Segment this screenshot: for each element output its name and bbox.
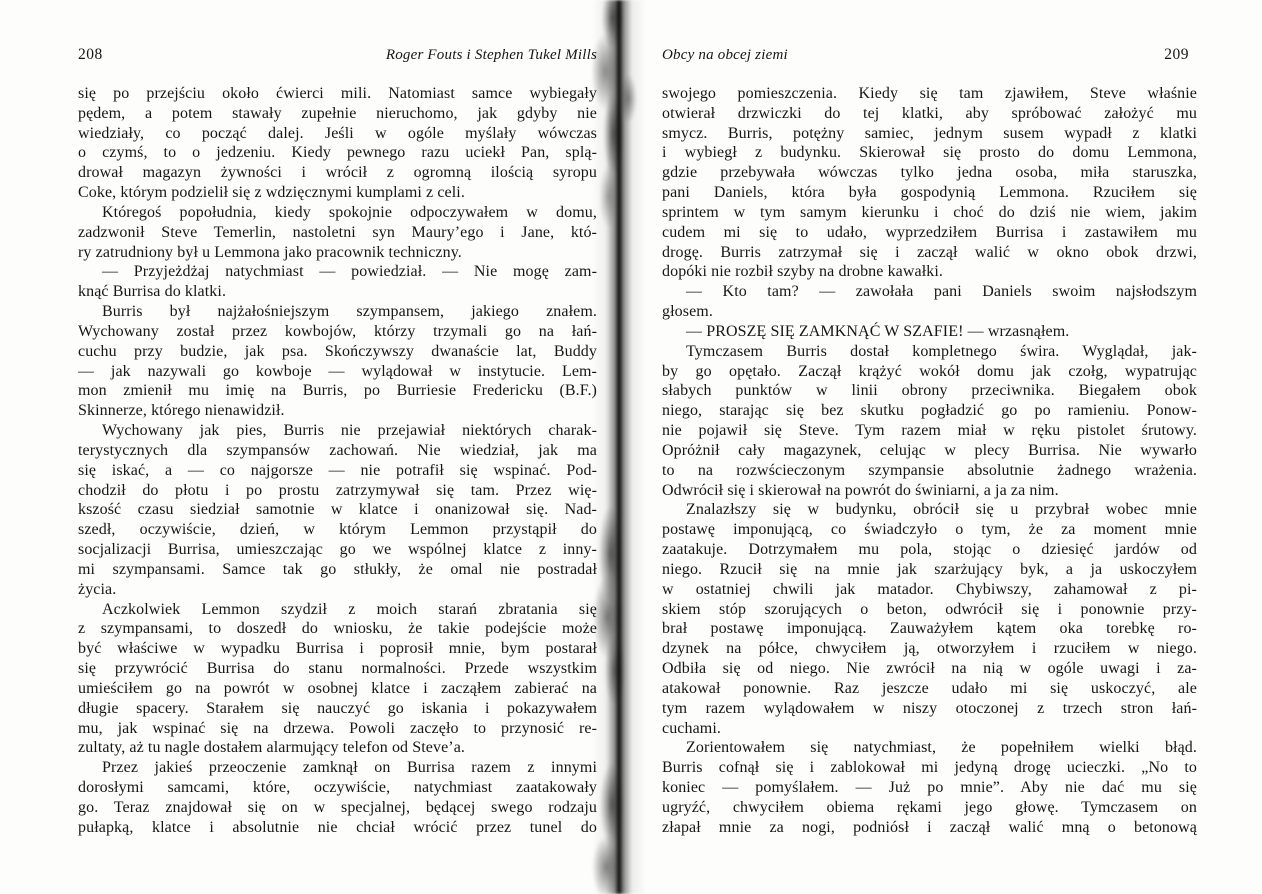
text-line: pułapką, klatce i absolutnie nie chciał … bbox=[78, 818, 597, 838]
right-page-number: 209 bbox=[1164, 44, 1189, 66]
text-line: by go opętało. Zaczął krążyć wokół domu … bbox=[662, 362, 1197, 382]
text-line: Znalazłszy się w budynku, obrócił się u … bbox=[662, 500, 1197, 520]
text-line: atakował ponownie. Raz jeszcze udało mi … bbox=[662, 679, 1197, 699]
text-line: się przywrócić Burrisa do stanu normalno… bbox=[78, 659, 597, 679]
text-line: ugryźć, chwyciłem obiema rękami jego gło… bbox=[662, 798, 1197, 818]
text-line: złapał mnie za nogi, podniósł i zaczął w… bbox=[662, 818, 1197, 838]
text-line: być właściwe w wypadku Burrisa i poprosi… bbox=[78, 639, 597, 659]
text-line: się po przejściu około ćwierci mili. Nat… bbox=[78, 84, 597, 104]
text-line: pędem, a potem stawały zupełnie nierucho… bbox=[78, 104, 597, 124]
text-line: dorosłymi samcami, które, oczywiście, na… bbox=[78, 778, 597, 798]
text-line: drował magazyn żywności i wrócił z ogrom… bbox=[78, 163, 597, 183]
text-line: drogę. Burris zatrzymał się i zaczął wal… bbox=[662, 243, 1197, 263]
text-line: Tymczasem Burris dostał kompletnego świr… bbox=[662, 342, 1197, 362]
right-page-text: swojego pomieszczenia. Kiedy się tam zja… bbox=[662, 84, 1197, 837]
text-line: Odbiła się od niego. Nie zwrócił na nią … bbox=[662, 659, 1197, 679]
text-line: chodził do płotu i po prostu zatrzymywał… bbox=[78, 481, 597, 501]
text-line: terystycznych dla szympansów zachowań. N… bbox=[78, 441, 597, 461]
text-line: dopóki nie rozbił szyby na drobne kawałk… bbox=[662, 262, 1197, 282]
text-line: głosem. bbox=[662, 302, 1197, 322]
text-line: to na rozwścieczonym szympansie absolutn… bbox=[662, 461, 1197, 481]
text-line: Aczkolwiek Lemmon szydził z moich starań… bbox=[78, 600, 597, 620]
text-line: niego. Rzucił się na mnie jak szarżujący… bbox=[662, 560, 1197, 580]
book-gutter-shadow bbox=[592, 0, 646, 894]
text-line: niego, starając się bez skutku pogładzić… bbox=[662, 401, 1197, 421]
text-line: smycz. Burris, potężny samiec, jednym su… bbox=[662, 124, 1197, 144]
left-page-number: 208 bbox=[78, 44, 103, 66]
text-line: — Kto tam? — zawołała pani Daniels swoim… bbox=[662, 282, 1197, 302]
text-line: się iskać, a — co najgorsze — nie potraf… bbox=[78, 461, 597, 481]
text-line: postawę imponującą, co świadczyło o tym,… bbox=[662, 520, 1197, 540]
text-line: — PROSZĘ SIĘ ZAMKNĄĆ W SZAFIE! — wrzasną… bbox=[662, 322, 1197, 342]
text-line: Coke, którym podzielił się z wdzięcznymi… bbox=[78, 183, 597, 203]
text-line: Burris był najżałośniejszym szympansem, … bbox=[78, 302, 597, 322]
text-line: i wybiegł z budynku. Skierował się prost… bbox=[662, 143, 1197, 163]
text-line: Odwrócił się i skierował na powrót do św… bbox=[662, 481, 1197, 501]
text-line: z szympansami, to doszedł do wniosku, że… bbox=[78, 619, 597, 639]
text-line: mon zmienił mu imię na Burris, po Burrie… bbox=[78, 381, 597, 401]
text-line: socjalizacji Burrisa, umieszczając go we… bbox=[78, 540, 597, 560]
text-line: życia. bbox=[78, 580, 597, 600]
text-line: swojego pomieszczenia. Kiedy się tam zja… bbox=[662, 84, 1197, 104]
text-line: Któregoś popołudnia, kiedy spokojnie odp… bbox=[78, 203, 597, 223]
left-page-header: 208 Roger Fouts i Stephen Tukel Mills bbox=[78, 44, 597, 66]
text-line: knąć Burrisa do klatki. bbox=[78, 282, 597, 302]
text-line: dzynek na półce, chwyciłem ją, otworzyłe… bbox=[662, 639, 1197, 659]
text-line: — Przyjeżdżaj natychmiast — powiedział. … bbox=[78, 262, 597, 282]
text-line: Opróżnił cały magazynek, celując w plecy… bbox=[662, 441, 1197, 461]
text-line: — jak nazywali go kowboje — wylądował w … bbox=[78, 362, 597, 382]
right-running-header: Obcy na obcej ziemi bbox=[662, 44, 788, 66]
text-line: szedł, oczywiście, dzień, w którym Lemmo… bbox=[78, 520, 597, 540]
text-line: mu, jak wspinać się na drzewa. Powoli za… bbox=[78, 719, 597, 739]
text-line: cuchami. bbox=[662, 719, 1197, 739]
text-line: cuchu przy budzie, jak psa. Skończywszy … bbox=[78, 342, 597, 362]
text-line: Skinnerze, którego nienawidził. bbox=[78, 401, 597, 421]
text-line: Wychowany jak pies, Burris nie przejawia… bbox=[78, 421, 597, 441]
text-line: sprintem w tym samym kierunku i choć do … bbox=[662, 203, 1197, 223]
left-page-text: się po przejściu około ćwierci mili. Nat… bbox=[78, 84, 597, 837]
text-line: o czymś, to o jedzeniu. Kiedy pewnego ra… bbox=[78, 143, 597, 163]
text-line: ry zatrudniony był u Lemmona jako pracow… bbox=[78, 243, 597, 263]
left-running-header: Roger Fouts i Stephen Tukel Mills bbox=[386, 44, 597, 66]
text-line: zaatakuje. Dotrzymałem mu pola, stojąc o… bbox=[662, 540, 1197, 560]
text-line: kszość czasu siedział samotnie w klatce … bbox=[78, 500, 597, 520]
text-line: Burris cofnął się i zablokował mi jedyną… bbox=[662, 758, 1197, 778]
text-line: Wychowany został przez kowbojów, którzy … bbox=[78, 322, 597, 342]
text-line: Przez jakieś przeoczenie zamknął on Burr… bbox=[78, 758, 597, 778]
text-line: wiedziały, co począć dalej. Jeśli w ogól… bbox=[78, 124, 597, 144]
text-line: umieściłem go na powrót w osobnej klatce… bbox=[78, 679, 597, 699]
text-line: gdzie przebywała wówczas tylko jedna oso… bbox=[662, 163, 1197, 183]
text-line: cudem mi się to udało, wyprzedziłem Burr… bbox=[662, 223, 1197, 243]
text-line: mi szympansami. Samce tak go stłukły, że… bbox=[78, 560, 597, 580]
text-line: koniec — pomyślałem. — Już po mnie”. Aby… bbox=[662, 778, 1197, 798]
text-line: brał postawę imponującą. Zauważyłem kąte… bbox=[662, 619, 1197, 639]
text-line: nie pojawił się Steve. Tym razem miał w … bbox=[662, 421, 1197, 441]
text-line: otwierał drzwiczki do tej klatki, aby sp… bbox=[662, 104, 1197, 124]
text-line: w ostatniej chwili jak matador. Chybiwsz… bbox=[662, 580, 1197, 600]
text-line: długie spacery. Starałem się nauczyć go … bbox=[78, 699, 597, 719]
text-line: pani Daniels, która była gospodynią Lemm… bbox=[662, 183, 1197, 203]
right-page-header: Obcy na obcej ziemi 209 bbox=[662, 44, 1189, 66]
text-line: skiem stóp szorujących o beton, odwrócił… bbox=[662, 600, 1197, 620]
text-line: tym razem wylądowałem w niszy otoczonej … bbox=[662, 699, 1197, 719]
text-line: go. Teraz znajdował się on w specjalnej,… bbox=[78, 798, 597, 818]
text-line: słabych punktów w linii obrony przeciwni… bbox=[662, 381, 1197, 401]
text-line: Zorientowałem się natychmiast, że popełn… bbox=[662, 738, 1197, 758]
text-line: zadzwonił Steve Temerlin, nastoletni syn… bbox=[78, 223, 597, 243]
book-scan-spread: 208 Roger Fouts i Stephen Tukel Mills si… bbox=[0, 0, 1262, 894]
text-line: zultaty, aż tu nagle dostałem alarmujący… bbox=[78, 738, 597, 758]
